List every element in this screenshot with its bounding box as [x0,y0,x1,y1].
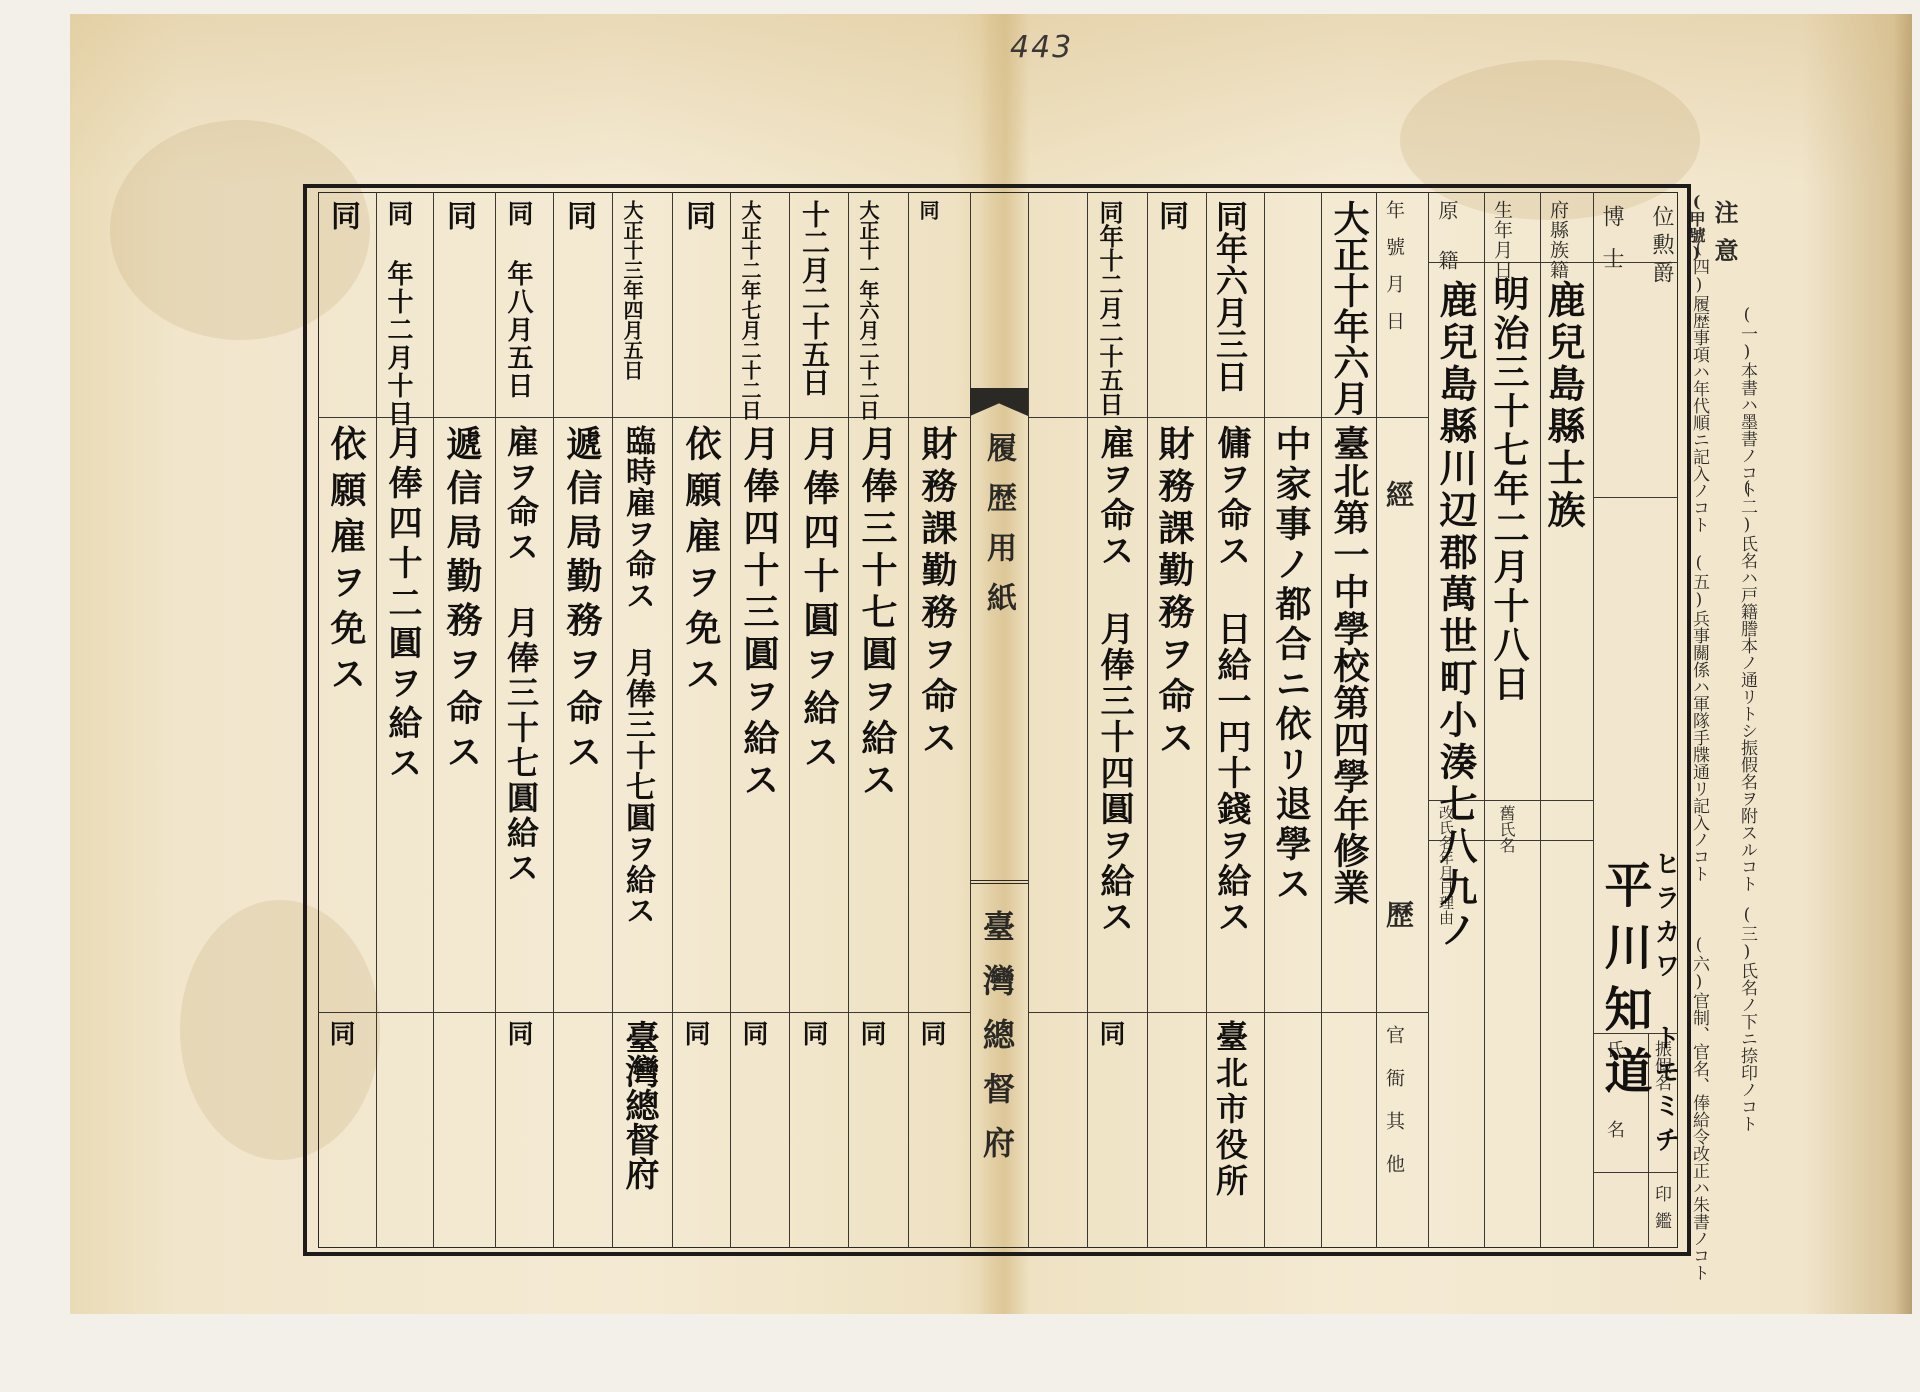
history-date: 大正十年六月 [1330,200,1366,416]
column-rule [553,192,554,1248]
history-label-1: 經 [1384,480,1412,508]
form-title: 履歴用紙 [983,432,1013,632]
history-event: 月俸四十二圓ヲ給ス [385,425,419,785]
history-event: 月俸四十圓ヲ給ス [800,425,836,777]
birthdate-value: 明治三十七年二月十八日 [1490,275,1526,704]
history-event: 財務課勤務ヲ命ス [918,425,954,761]
column-rule [789,192,790,1248]
history-date: 大正十一年六月二十二日 [858,200,878,420]
seal-label: 印鑑 [1652,1185,1669,1239]
double-rule [970,880,1028,884]
history-event: 遞信局勤務ヲ命ス [563,425,599,777]
person-furigana: ヒラカワ トモミチ [1652,850,1678,1160]
old-name-label: 舊氏名 [1498,805,1514,853]
note-item: (四)履歴事項ハ年代順ニ記入ノコト [1690,238,1707,533]
history-date: 同 [918,200,938,220]
column-rule [672,192,673,1248]
history-event: 財務課勤務ヲ命ス [1155,425,1191,761]
column-rule [433,192,434,1248]
rank-label: 位勲爵 [1650,205,1672,289]
history-office: 同 [1097,1020,1123,1046]
column-rule [612,192,613,1248]
origin-value: 鹿兒島縣川辺郡萬世町小湊七八九ノ [1436,280,1474,952]
history-date: 大正十二年七月二十二日 [740,200,760,420]
column-rule [495,192,496,1248]
history-event: 傭ヲ命ス 日給一円十錢ヲ給ス [1214,425,1248,935]
domicile-status-label: 府縣族籍 [1548,200,1567,280]
history-date: 同年六月三日 [1214,200,1246,392]
history-event: 依願雇ヲ免ス [682,425,718,701]
person-name: 平川知道 [1600,860,1648,1108]
history-office: 同 [800,1020,826,1046]
history-office: 同 [918,1020,944,1046]
history-label-2: 歷 [1384,900,1412,928]
note-item: (一)本書ハ墨書ノコト [1738,305,1755,498]
date-column-label: 年號月日 [1384,200,1403,348]
history-date: 同 [327,200,357,230]
note-item: (二)氏名ハ戸籍謄本ノ通リトシ振假名ヲ附スルコト [1738,478,1755,892]
note-item: (六)官制、官名、俸給令改正ハ朱書ノコト [1690,935,1707,1281]
degree-label: 博士 [1600,205,1622,289]
history-office: 同 [858,1020,884,1046]
column-rule [908,192,909,1248]
history-event: 月俸四十三圓ヲ給ス [740,425,776,803]
rank-bottom-rule [1593,497,1678,498]
column-rule [376,192,377,1248]
history-event: 中家事ノ都合ニ依リ退學ス [1272,425,1308,905]
history-office: 臺灣總督府 [622,1020,656,1190]
history-office: 同 [505,1020,531,1046]
column-rule [848,192,849,1248]
column-rule [1593,192,1594,1248]
column-rule [1428,192,1429,1248]
history-office: 臺北市役所 [1214,1020,1246,1200]
column-rule [1206,192,1207,1248]
history-event: 月俸三十七圓ヲ給ス [858,425,894,803]
history-date: 同 [682,200,712,230]
history-date: 同 [563,200,593,230]
given-name-label: 名 [1605,1120,1623,1138]
history-date: 同 [1155,200,1185,230]
history-date: 同年十二月二十五日 [1097,200,1121,416]
notes-heading: 注意 [1712,200,1736,276]
history-event: 依願雇ヲ免ス [327,425,363,701]
column-rule [970,192,971,1248]
issuer-label: 臺灣總督府 [981,910,1013,1180]
right-date-rule [1028,417,1428,418]
history-date: 同 年八月五日 [505,200,531,400]
right-office-rule [1028,1012,1428,1013]
history-office: 同 [740,1020,766,1046]
column-rule [1087,192,1088,1248]
history-date: 同 年十二月十日 [385,200,411,428]
history-event: 臺北第一中學校第四學年修業 [1330,425,1366,906]
column-rule [1147,192,1148,1248]
history-date: 十二月二十五日 [800,200,828,396]
history-office: 同 [327,1020,353,1046]
column-rule [1484,192,1485,1248]
page-number: 443 [1010,30,1073,65]
history-date: 同 [443,200,473,230]
column-rule [1321,192,1322,1248]
column-rule [730,192,731,1248]
history-event: 臨時雇ヲ命ス 月俸三十七圓ヲ給ス [622,425,652,926]
history-event: 雇ヲ命ス 月俸三十四圓ヲ給ス [1097,425,1131,935]
history-office: 同 [682,1020,708,1046]
history-event: 遞信局勤務ヲ命ス [443,425,479,777]
history-date: 大正十三年四月五日 [622,200,642,380]
note-item: (三)氏名ノ下ニ捺印ノコト [1738,905,1755,1132]
domicile-status-value: 鹿兒島縣士族 [1544,280,1582,532]
birthdate-label: 生年月日 [1492,200,1511,280]
left-office-rule [318,1012,970,1013]
seal-rule [1593,1172,1678,1173]
history-event: 雇ヲ命ス 月俸三十七圓給ス [505,425,537,886]
office-column-label: 官衙其他 [1384,1025,1403,1197]
note-item: (五)兵事關係ハ軍隊手牒通リ記入ノコト [1690,553,1707,882]
column-rule [1376,192,1377,1248]
column-rule [1028,192,1029,1248]
column-rule [1264,192,1265,1248]
